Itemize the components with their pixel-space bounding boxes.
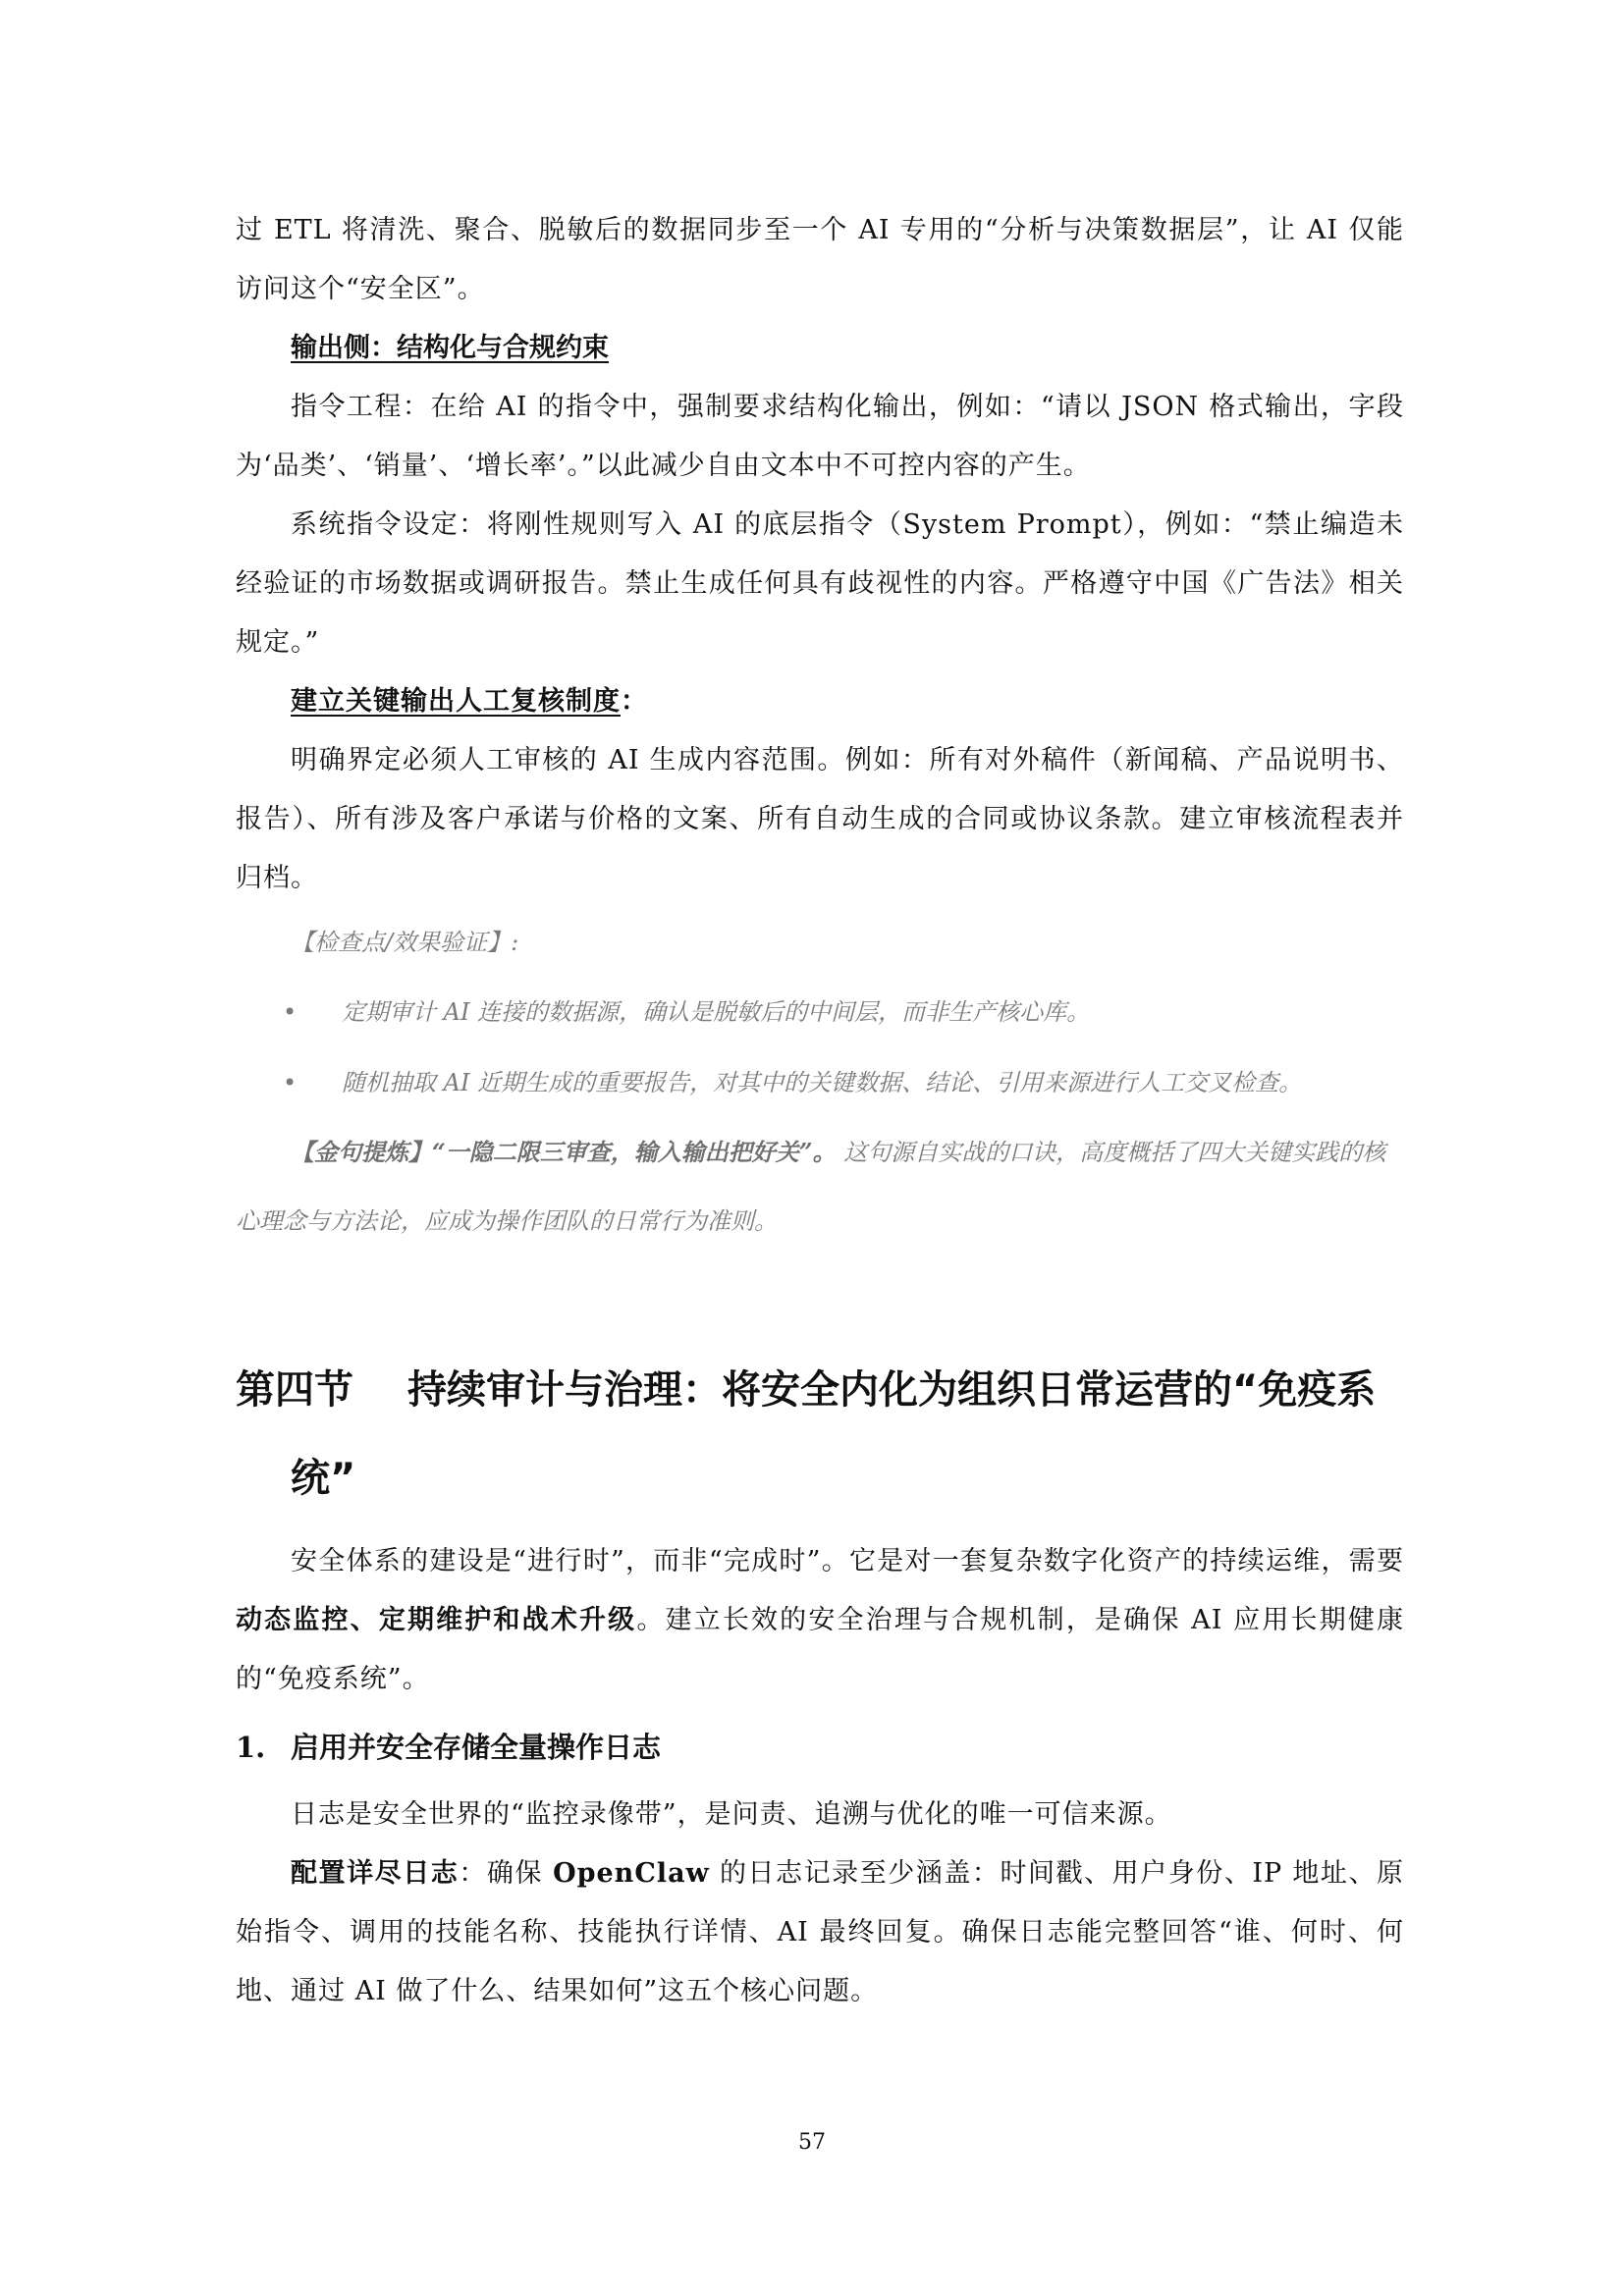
list-item: •定期审计 AI 连接的数据源，确认是脱敏后的中间层，而非生产核心库。 <box>236 977 1404 1047</box>
subheading-review-line: 建立关键输出人工复核制度： <box>291 672 1404 731</box>
golden-quote-text: “一隐二限三审查，输入输出把好关”。 <box>432 1138 837 1166</box>
intro-text-a: 安全体系的建设是“进行时”，而非“完成时”。它是对一套复杂数字化资产的持续运维，… <box>291 1546 1404 1576</box>
checkpoint-title: 【检查点/效果验证】: <box>291 908 1404 977</box>
paragraph-data-layer: 过 ETL 将清洗、聚合、脱敏后的数据同步至一个 AI 专用的“分析与决策数据层… <box>236 201 1404 319</box>
config-label: 配置详尽日志 <box>291 1858 459 1889</box>
list-item-text: 定期审计 AI 连接的数据源，确认是脱敏后的中间层，而非生产核心库。 <box>342 998 1090 1026</box>
paragraph-system-prompt: 系统指令设定：将刚性规则写入 AI 的底层指令（System Prompt），例… <box>236 496 1404 672</box>
subsection-number: 1. <box>236 1709 291 1786</box>
golden-quote-paragraph: 【金句提炼】“一隐二限三审查，输入输出把好关”。 这句源自实战的口诀，高度概括了… <box>236 1118 1404 1255</box>
product-name: OpenClaw <box>553 1858 710 1889</box>
bullet-icon: • <box>283 977 297 1047</box>
list-item: •随机抽取 AI 近期生成的重要报告，对其中的关键数据、结论、引用来源进行人工交… <box>236 1047 1404 1118</box>
page-number: 57 <box>0 2130 1624 2155</box>
bullet-icon: • <box>283 1047 297 1118</box>
paragraph-log-config: 配置详尽日志：确保 OpenClaw 的日志记录至少涵盖：时间戳、用户身份、IP… <box>236 1844 1404 2021</box>
subheading-colon: ： <box>621 686 648 717</box>
section-title-line2: 统” <box>236 1456 355 1501</box>
section-number: 第四节 <box>236 1346 407 1434</box>
section-heading: 第四节持续审计与治理：将安全内化为组织日常运营的“免疫系 统” <box>236 1346 1404 1522</box>
section-title-line1: 持续审计与治理：将安全内化为组织日常运营的“免疫系 <box>407 1367 1376 1413</box>
checkpoint-list: •定期审计 AI 连接的数据源，确认是脱敏后的中间层，而非生产核心库。 •随机抽… <box>236 977 1404 1118</box>
subsection-heading: 1.启用并安全存储全量操作日志 <box>236 1709 1404 1786</box>
paragraph-log-lead: 日志是安全世界的“监控录像带”，是问责、追溯与优化的唯一可信来源。 <box>236 1786 1404 1844</box>
subsection-title: 启用并安全存储全量操作日志 <box>291 1731 661 1764</box>
section-intro: 安全体系的建设是“进行时”，而非“完成时”。它是对一套复杂数字化资产的持续运维，… <box>236 1532 1404 1709</box>
paragraph-instruction-engineering: 指令工程：在给 AI 的指令中，强制要求结构化输出，例如：“请以 JSON 格式… <box>236 378 1404 496</box>
golden-quote-label: 【金句提炼】 <box>291 1138 432 1166</box>
subheading-human-review: 建立关键输出人工复核制度 <box>291 686 621 717</box>
document-page: 过 ETL 将清洗、聚合、脱敏后的数据同步至一个 AI 专用的“分析与决策数据层… <box>236 201 1404 2021</box>
paragraph-review-scope: 明确界定必须人工审核的 AI 生成内容范围。例如：所有对外稿件（新闻稿、产品说明… <box>236 731 1404 908</box>
list-item-text: 随机抽取 AI 近期生成的重要报告，对其中的关键数据、结论、引用来源进行人工交叉… <box>342 1069 1302 1096</box>
intro-emphasis: 动态监控、定期维护和战术升级 <box>236 1605 636 1635</box>
config-colon: ：确保 <box>459 1858 553 1889</box>
subheading-output-side: 输出侧：结构化与合规约束 <box>291 319 1404 378</box>
